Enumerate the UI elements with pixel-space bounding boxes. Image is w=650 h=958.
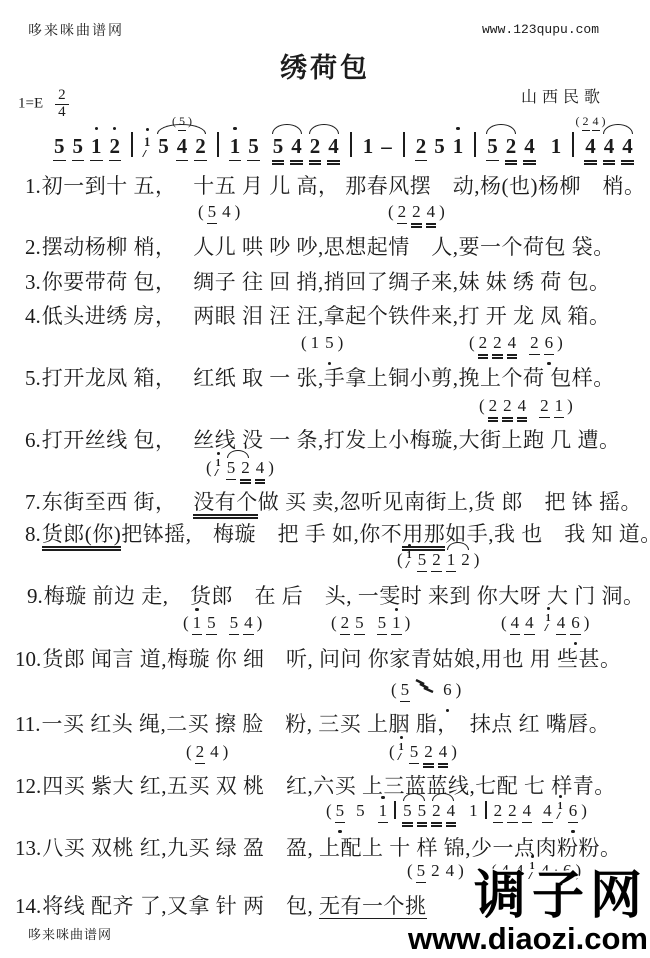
note: 1 [192,614,203,635]
note: 2 [194,134,207,161]
note-group [467,132,483,159]
note: 5 [206,614,217,635]
note: 2 [431,551,442,572]
verse-number: 14. [15,894,41,918]
slur-group: 55 [400,801,429,827]
melody-line: 55121(5)5421554241–2515241(24)44421615– [50,132,650,165]
punct: ) [405,613,411,633]
lyric-text: 梅璇 前边 走, 货郎 在 后 头, 一雯时 来到 你大呀 大 门 洞。 [44,584,645,608]
note: 2 [493,802,504,823]
verse-number: 3. [25,270,41,294]
note: 5 [272,134,285,165]
grace-note: 1 [545,613,552,625]
song-origin: 山西民歌 [521,84,605,107]
note: 2 [488,397,499,422]
slur-group: 12 [444,550,473,572]
octave-dot-above [146,128,149,131]
note: 4 [221,203,232,223]
note: 4 [524,614,535,635]
note-group: (44146) [500,613,590,635]
slur-group: 24 [306,134,343,165]
note-group [396,132,412,159]
note: 2 [539,397,550,418]
note: 4 [603,134,616,165]
note-group [124,132,140,159]
punct: ) [338,333,344,353]
note: 4 [523,134,536,165]
barline [217,132,219,157]
note-group: (152 [396,550,444,572]
note: 4 [592,115,600,131]
punct: ( [479,396,485,416]
note: 1 [550,134,563,160]
punct: ( [331,613,337,633]
verse-number: 6. [25,428,41,452]
note: 4 [556,614,567,635]
punct: ( [388,202,394,222]
slur-group: (5)542 [154,134,210,161]
key-signature: 1=E24 [18,88,69,121]
note-group: (2551) [330,613,411,635]
slur-group: 52 [224,458,253,484]
lyric-text: 打开丝线 包， 丝线 没 一 条,打发上小梅璇,大街上跑 几 遭。 [42,428,621,452]
note-group: (22426) [468,333,564,359]
lyric-text: 低头进绣 房， 两眼 泪 汪 汪,拿起个铁件来,打 开 龙 凤 箱。 [42,304,611,328]
footer-site-label: 哆来咪曲谱网 [28,924,112,943]
notation-annotation: (15) [300,333,344,354]
note: 5 [354,614,365,635]
note: 4 [176,134,189,161]
punct: ) [257,613,263,633]
note: 4 [522,802,533,823]
note: 6 [570,614,581,635]
note: 4 [209,743,220,763]
lyric-text: 货郎 闻言 道,梅璇 你 细 听, 问问 你家青姑娘,用也 用 些甚。 [42,647,621,671]
octave-dot-above [233,127,236,130]
note: 4 [542,802,553,823]
verse-line: 9.梅璇 前边 走, 货郎 在 后 头, 一雯时 来到 你大呀 大 门 洞。 [27,580,645,610]
glissando-icon [414,678,438,698]
notation-annotation: (24) [185,742,229,764]
punct: ( [326,801,332,821]
notation-annotation: (224) [387,202,446,228]
slur-group: 52 [483,134,520,165]
note: 2 [340,614,351,635]
note: 2 [507,802,518,823]
note: 4 [507,334,518,359]
barline [350,132,352,157]
watermark-name: 调子网 [408,870,648,923]
note: 1 [446,551,457,572]
note: 1 [229,134,242,161]
grace-note: 1 [398,742,405,754]
verse-line: 3.你要带荷 包， 绸子 往 回 捎,捎回了绸子来,妹 妹 绣 荷 包。 [25,266,611,296]
verse-line: 12.四买 紫大 红,五买 双 桃 红,六买 上三蓝蓝线,七配 七 样青。 [15,770,616,800]
note-group: 1224416) [458,801,588,823]
underlined-lyric: 没有个 [193,490,258,519]
note: 4 [290,134,303,165]
note: 5 [400,681,411,702]
note-group: (551 [325,801,400,823]
slur-group: 54 [269,134,306,165]
note: 5 [417,551,428,572]
verse-line: 6.打开丝线 包， 丝线 没 一 条,打发上小梅璇,大街上跑 几 遭。 [25,424,621,454]
note: 2 [582,115,590,131]
punct: ) [474,550,480,570]
verse-number: 13. [15,836,41,860]
grace-note: 1 [557,801,564,813]
note: 4 [243,614,254,635]
note: 5 [417,802,428,827]
note: 4 [327,134,340,165]
punct: ) [439,202,445,222]
note: 4 [584,134,597,165]
verse-number: 2. [25,235,41,259]
verse-number: 8. [25,522,41,546]
note-group: ) [473,550,481,570]
punct: ) [557,333,563,353]
verse-number: 4. [25,304,41,328]
punct: ) [451,742,457,762]
punct: ) [602,114,606,129]
note-group [565,132,581,159]
note: 4 [255,459,266,484]
barline [572,132,574,157]
octave-dot-above [456,127,459,130]
barline [485,801,487,819]
note-group: 1 [140,134,154,159]
notation-annotation: (56) [390,678,462,702]
verse-number: 11. [15,712,40,736]
meter-denominator: 4 [55,105,69,121]
underlined-lyric: 用那 [402,522,445,551]
note: 2 [397,203,408,224]
notation-annotation: (1554) [182,613,263,635]
verse-line: 5.打开龙凤 箱， 红纸 取 一 张,手拿上铜小剪,挽上个荷 包样。 [25,362,615,392]
notation-annotation: (44146) [500,613,590,635]
note: 5 [409,743,420,764]
page-title: 绣荷包 [0,46,650,85]
note: 1 [362,134,375,160]
punct: ) [584,613,590,633]
note: 4 [446,802,457,827]
lyric-text: 一买 红头 绳,二买 擦 脸 粉, 三买 上胭 脂， 抹点 红 嘴唇。 [41,712,610,736]
punct: ) [268,458,274,478]
note: 5 [178,115,186,131]
note: 1 [310,334,321,354]
note: 5 [157,134,170,160]
note: 4 [438,743,449,768]
note-group [637,134,647,159]
punct: ) [581,801,587,821]
note: 2 [492,334,503,359]
punct: ) [456,680,462,700]
note: 2 [505,134,518,165]
notation-annotation: (2551) [330,613,411,635]
slur-group: 24 [429,801,458,827]
note: 2 [423,743,434,768]
verse-line: 14.将线 配齐 了,又拿 针 两 包, 无有一个挑 [15,890,427,920]
notation-annotation: (15212) [396,550,480,572]
note-group: (56) [390,678,462,702]
slur-group: 44 [600,134,637,165]
lyric-text: 打开龙凤 箱， 红纸 取 一 张,手拿上铜小剪,挽上个荷 包样。 [42,366,615,390]
note-group: 15 [226,134,263,161]
note: – [380,134,393,160]
note: 2 [529,334,540,355]
note-group: (1524) [388,742,458,768]
lyric-text: 将线 配齐 了,又拿 针 两 包, [42,894,319,918]
underlined-lyric: 货郎(你) [42,522,122,551]
note-group: (24) [185,742,229,764]
note: 2 [240,459,251,484]
note: 2 [415,134,428,161]
notation-annotation: (1524) [205,458,275,484]
note: 5 [486,134,499,161]
barline [394,801,396,819]
note-group: 1– [359,134,396,160]
note-group [343,132,359,159]
lyric-text: 东街至西 街， [42,490,194,514]
punct: ( [301,333,307,353]
note: 5 [247,134,260,161]
note: 1 [391,614,402,635]
watermark: 调子网 www.diaozi.com [408,870,648,955]
verse-line: 10.货郎 闻言 道,梅璇 你 细 听, 问问 你家青姑娘,用也 用 些甚。 [15,643,622,673]
barline [474,132,476,157]
note: 2 [109,134,122,161]
note: 4 [426,203,437,228]
notation-annotation: (22426) [468,333,564,359]
note: 5 [229,614,240,635]
verse-number: 1. [25,174,41,198]
note-group: 251 [412,134,468,161]
note: 6 [544,334,555,355]
meter-fraction: 24 [55,88,69,121]
punct: ( [391,680,397,700]
note: 2 [478,334,489,359]
lyric-text: 把钵摇, 梅璇 把 手 如,你不 [121,522,402,546]
note-group: (224) [387,202,446,228]
note: 2 [502,397,513,422]
verse-line: 13.八买 双桃 红,九买 绿 盈 盈, 上配上 十 样 锦,少一点肉粉粉。 [15,832,622,862]
note: 1 [90,134,103,161]
lyric-text: 你要带荷 包， 绸子 往 回 捎,捎回了绸子来,妹 妹 绣 荷 包。 [42,270,611,294]
key-label: 1=E [18,96,43,112]
note: 5 [402,802,413,827]
note-group: 4) [253,458,275,484]
note: 5 [433,134,446,160]
barline [131,132,133,157]
note-group: 12 [87,134,124,161]
note-group: (54) [197,202,241,224]
punct: ( [172,114,176,129]
note: 2 [431,802,442,827]
small-annotation: (5) [171,114,193,131]
note: 5 [377,614,388,635]
grace-note: 1 [215,458,222,470]
note-group [210,132,226,159]
note: 1 [452,134,465,160]
note-group: (22421) [478,396,574,422]
note: 2 [460,551,471,571]
note: 1 [378,802,389,823]
notation-annotation: (1524) [388,742,458,768]
verse-number: 5. [25,366,41,390]
note: 5 [335,802,346,823]
punct: ) [188,114,192,129]
punct: ( [206,458,212,478]
punct: ) [223,742,229,762]
verse-line: 2.摆动杨柳 梢， 人儿 哄 吵 吵,思想起情 人,要一个荷包 袋。 [25,231,615,261]
grace-note: 1 [143,135,151,151]
lyric-text: 如手,我 也 我 知 道。 [445,522,650,546]
note: 6 [442,681,453,701]
note: 5 [355,802,366,822]
small-annotation: (24) [575,114,607,131]
note: 2 [411,203,422,228]
note: 4 [621,134,634,165]
punct: ( [501,613,507,633]
watermark-url: www.diaozi.com [408,923,648,955]
grace-note: 1 [406,550,413,562]
verse-line: 1.初一到十 五， 十五 月 儿 高， 那春风摆 动,杨(也)杨柳 梢。 [25,170,645,200]
verse-number: 9. [27,584,43,608]
note-group: (24)4 [581,134,600,165]
punct: ) [235,202,241,222]
notation-annotation: (22421) [478,396,574,422]
note-group: (1 [205,458,224,478]
note: 5 [207,203,218,224]
note-group: (1554) [182,613,263,635]
verse-number: 12. [15,774,41,798]
verse-line: 8.货郎(你)把钵摇, 梅璇 把 手 如,你不用那如手,我 也 我 知 道。 [25,518,650,548]
lyric-text: 四买 紫大 红,五买 双 桃 红,六买 上三蓝蓝线,七配 七 样青。 [42,774,616,798]
note: 4 [517,397,528,422]
note: 2 [309,134,322,165]
note: 5 [53,134,66,161]
note: 4 [510,614,521,635]
verse-number: 7. [25,490,41,514]
octave-dot-above [95,127,98,130]
notation-annotation: (54) [197,202,241,224]
punct: ( [469,333,475,353]
note: 5 [72,134,85,161]
punct: ( [186,742,192,762]
note: 2 [195,743,206,764]
verse-number: 10. [15,647,41,671]
notation-annotation: (55155241224416) [325,801,588,827]
punct: ( [576,114,580,129]
meter-numerator: 2 [55,88,69,105]
note: 5 [226,459,237,480]
note: 1 [554,397,565,418]
barline [403,132,405,157]
note-group: 41 [520,134,565,165]
punct: ( [389,742,395,762]
note: 5 [324,334,335,354]
lyric-text: 做 买 卖,忽听见南街上,货 郎 把 钵 摇。 [258,490,642,514]
lyric-text: 摆动杨柳 梢， 人儿 哄 吵 吵,思想起情 人,要一个荷包 袋。 [42,235,615,259]
note: 1 [468,802,479,822]
punct: ( [397,550,403,570]
note-group: 55 [50,134,87,161]
header-site-label: 哆来咪曲谱网 [28,20,124,40]
punct: ( [198,202,204,222]
punct: ( [183,613,189,633]
octave-dot-above [113,127,116,130]
verse-line: 11.一买 红头 绳,二买 擦 脸 粉, 三买 上胭 脂， 抹点 红 嘴唇。 [15,708,610,738]
punct: ) [567,396,573,416]
lyric-text: 初一到十 五， 十五 月 儿 高， 那春风摆 动,杨(也)杨柳 梢。 [42,174,646,198]
verse-line: 7.东街至西 街， 没有个做 买 卖,忽听见南街上,货 郎 把 钵 摇。 [25,486,642,516]
note: 6 [568,802,579,823]
header-url-label: www.123qupu.com [482,22,599,37]
verse-line: 4.低头进绣 房， 两眼 泪 汪 汪,拿起个铁件来,打 开 龙 凤 箱。 [25,300,611,330]
lyric-text: 八买 双桃 红,九买 绿 盈 盈, 上配上 十 样 锦,少一点肉粉粉。 [42,836,621,860]
note-group: (15) [300,333,344,354]
